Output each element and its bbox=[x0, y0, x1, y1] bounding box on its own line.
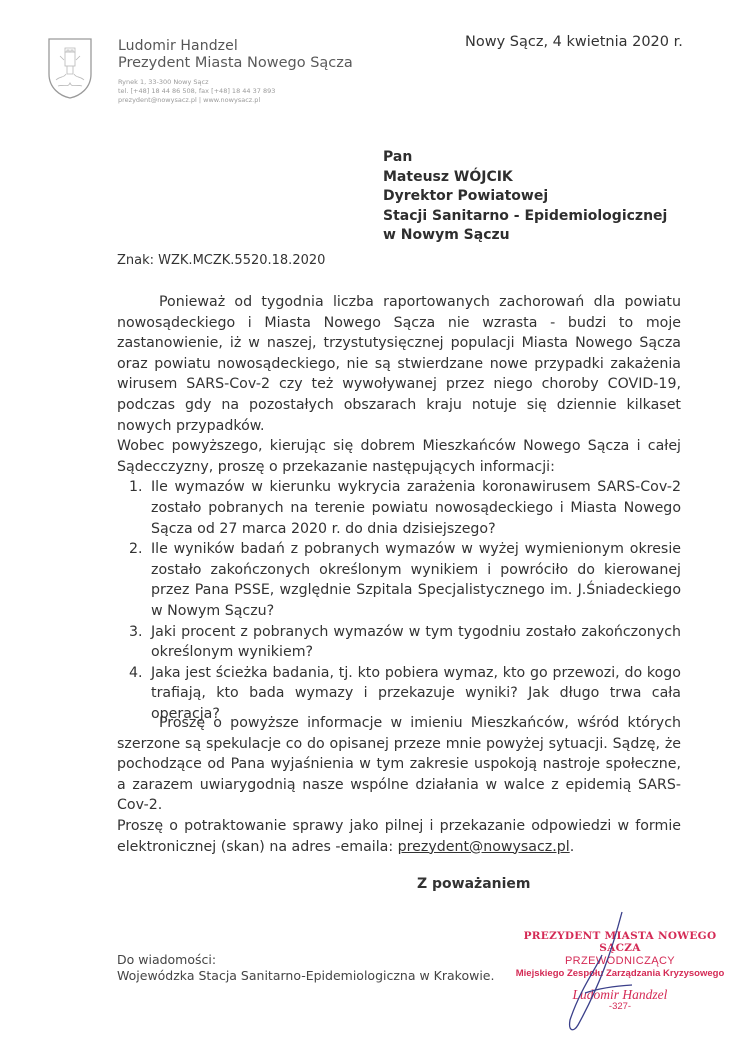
letter-body: Ponieważ od tygodnia liczba raportowanyc… bbox=[117, 292, 681, 724]
body-paragraph-1: Ponieważ od tygodnia liczba raportowanyc… bbox=[117, 292, 681, 436]
closing-paragraphs: Proszę o powyższe informacje w imieniu M… bbox=[117, 713, 681, 816]
email-link[interactable]: prezydent@nowysacz.pl bbox=[398, 839, 570, 855]
body-paragraph-3: Proszę o powyższe informacje w imieniu M… bbox=[117, 713, 681, 816]
stamp-line-1: PREZYDENT MIASTA NOWEGO SĄCZA bbox=[505, 930, 735, 954]
addressee-line: Stacji Sanitarno - Epidemiologicznej bbox=[383, 207, 667, 227]
cc-block: Do wiadomości: Wojewódzka Stacja Sanitar… bbox=[117, 952, 494, 984]
addressee-line: Mateusz WÓJCIK bbox=[383, 168, 667, 188]
addressee-line: Dyrektor Powiatowej bbox=[383, 187, 667, 207]
sender-email-web: prezydent@nowysacz.pl | www.nowysacz.pl bbox=[118, 96, 260, 105]
addressee-block: Pan Mateusz WÓJCIK Dyrektor Powiatowej S… bbox=[383, 148, 667, 246]
sender-address: Rynek 1, 33-300 Nowy Sącz bbox=[118, 78, 208, 87]
addressee-line: w Nowym Sączu bbox=[383, 226, 667, 246]
body-paragraph-4: Proszę o potraktowanie sprawy jako pilne… bbox=[117, 816, 681, 857]
sender-title: Prezydent Miasta Nowego Sącza bbox=[118, 55, 353, 71]
city-coat-of-arms-icon bbox=[46, 36, 94, 100]
sender-name: Ludomir Handzel bbox=[118, 38, 238, 54]
question-item: 3.Jaki procent z pobranych wymazów w tym… bbox=[151, 622, 681, 663]
sender-phone-fax: tel. [+48] 18 44 86 508, fax [+48] 18 44… bbox=[118, 87, 275, 96]
body-paragraph-2: Wobec powyższego, kierując się dobrem Mi… bbox=[117, 436, 681, 477]
question-item: 1.Ile wymazów w kierunku wykrycia zaraże… bbox=[151, 477, 681, 539]
closing-salutation: Z poważaniem bbox=[417, 876, 531, 892]
stamp-line-3: Miejskiego Zespołu Zarządzania Kryzysowe… bbox=[505, 968, 735, 979]
response-request: Proszę o potraktowanie sprawy jako pilne… bbox=[117, 816, 681, 857]
cc-recipient: Wojewódzka Stacja Sanitarno-Epidemiologi… bbox=[117, 968, 494, 984]
cc-label: Do wiadomości: bbox=[117, 952, 494, 968]
stamp-line-2: PRZEWODNICZĄCY bbox=[505, 955, 735, 967]
question-item: 2.Ile wyników badań z pobranych wymazów … bbox=[151, 539, 681, 621]
letter-date: Nowy Sącz, 4 kwietnia 2020 r. bbox=[465, 34, 683, 50]
addressee-line: Pan bbox=[383, 148, 667, 168]
questions-list: 1.Ile wymazów w kierunku wykrycia zaraże… bbox=[117, 477, 681, 724]
official-stamp: PREZYDENT MIASTA NOWEGO SĄCZA PRZEWODNIC… bbox=[505, 930, 735, 1012]
stamp-number: -327- bbox=[505, 1001, 735, 1012]
reference-number: Znak: WZK.MCZK.5520.18.2020 bbox=[117, 253, 325, 268]
